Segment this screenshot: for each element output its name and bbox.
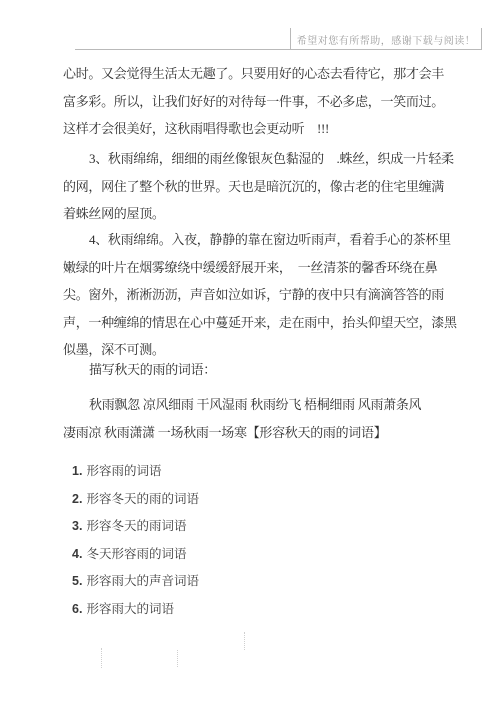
list-item-label: 形容冬天的雨的词语	[86, 492, 199, 506]
paragraph-lead-in: 描写秋天的雨的词语：	[63, 356, 440, 384]
paragraph-item-3: 3、秋雨绵绵，细细的雨丝像银灰色黏湿的 .蛛丝，织成一片轻柔 的网，网住了整个秋…	[63, 145, 440, 228]
list-item: 3.形容冬天的雨词语	[72, 513, 199, 541]
list-item: 5.形容雨大的声音词语	[72, 568, 199, 596]
header-note-cell: 希望对您有所帮助，感谢下载与阅读！	[290, 28, 482, 50]
text-line: 3、秋雨绵绵，细细的雨丝像银灰色黏湿的 .蛛丝，织成一片轻柔	[63, 145, 440, 173]
related-topics-list: 1.形容雨的词语 2.形容冬天的雨的词语 3.形容冬天的雨词语 4.冬天形容雨的…	[72, 458, 199, 624]
list-item-number: 2.	[72, 492, 82, 506]
faint-artifact-line	[177, 650, 178, 667]
faint-artifact-line	[101, 648, 102, 668]
paragraph-item-4: 4、秋雨绵绵。入夜，静静的靠在窗边听雨声，看着手心的茶杯里 嫩绿的叶片在烟雾缭绕…	[63, 226, 440, 364]
list-item-number: 4.	[72, 547, 82, 561]
list-item-number: 3.	[72, 519, 82, 533]
text-line: 凄雨凉 秋雨潇潇 一场秋雨一场寒【形容秋天的雨的词语】	[63, 419, 440, 447]
text-line: 这样才会很美好，这秋雨唱得歌也会更动听 !!!	[63, 115, 440, 143]
text-line: 心时。又会觉得生活太无趣了。只要用好的心态去看待它，那才会丰	[63, 60, 440, 88]
text-line: 描写秋天的雨的词语：	[63, 356, 440, 384]
list-item-label: 冬天形容雨的词语	[86, 547, 186, 561]
paragraph-continuation: 心时。又会觉得生活太无趣了。只要用好的心态去看待它，那才会丰 富多彩。所以，让我…	[63, 60, 440, 143]
list-item-number: 5.	[72, 574, 82, 588]
text-line: 秋雨飘忽 凉风细雨 干风湿雨 秋雨纷飞 梧桐细雨 风雨萧条风	[63, 391, 440, 419]
list-item: 1.形容雨的词语	[72, 458, 199, 486]
text-line: 着蛛丝网的屋顶。	[63, 200, 440, 228]
text-line: 的网，网住了整个秋的世界。天也是暗沉沉的，像古老的住宅里缠满	[63, 173, 440, 201]
faint-artifact-line	[244, 632, 245, 650]
list-item: 4.冬天形容雨的词语	[72, 541, 199, 569]
text-line: 富多彩。所以，让我们好好的对待每一件事，不必多虑，一笑而过。	[63, 88, 440, 116]
list-item-number: 6.	[72, 602, 82, 616]
text-line: 嫩绿的叶片在烟雾缭绕中缓缓舒展开来， 一丝清茶的馨香环绕在鼻	[63, 254, 440, 282]
paragraph-word-list: 秋雨飘忽 凉风细雨 干风湿雨 秋雨纷飞 梧桐细雨 风雨萧条风 凄雨凉 秋雨潇潇 …	[63, 391, 440, 447]
text-line: 尖。窗外，淅淅沥沥，声音如泣如诉，宁静的夜中只有滴滴答答的雨	[63, 281, 440, 309]
list-item: 6.形容雨大的词语	[72, 596, 199, 624]
list-item-label: 形容雨的词语	[86, 464, 161, 478]
document-page: 希望对您有所帮助，感谢下载与阅读！ 心时。又会觉得生活太无趣了。只要用好的心态去…	[0, 0, 500, 708]
text-line: 4、秋雨绵绵。入夜，静静的靠在窗边听雨声，看着手心的茶杯里	[63, 226, 440, 254]
list-item-label: 形容雨大的声音词语	[86, 574, 199, 588]
list-item: 2.形容冬天的雨的词语	[72, 486, 199, 514]
list-item-label: 形容雨大的词语	[86, 602, 174, 616]
list-item-label: 形容冬天的雨词语	[86, 519, 186, 533]
list-item-number: 1.	[72, 464, 82, 478]
header-note: 希望对您有所帮助，感谢下载与阅读！	[297, 32, 476, 47]
text-line: 声，一种缠绵的情思在心中蔓延开来，走在雨中，抬头仰望天空，漆黑	[63, 309, 440, 337]
